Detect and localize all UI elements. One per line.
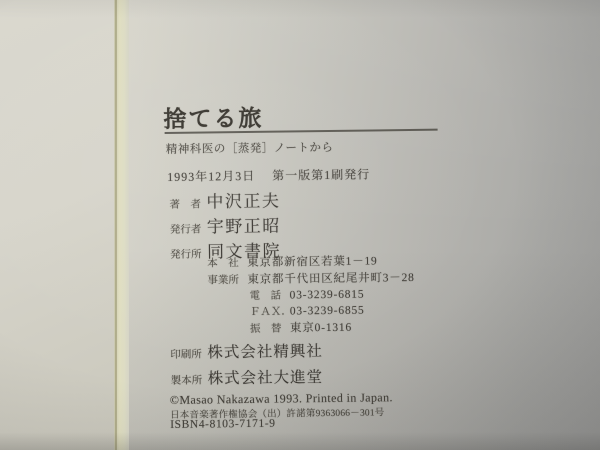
telephone-number: 03-3239-6815 [290,289,365,302]
book-title: 捨てる旅 [163,100,263,134]
row-telephone: 電 話03-3239-6815 [250,287,365,303]
fax-label: ＦＡＸ． [250,303,290,318]
colophon-page: 捨てる旅 精神科医の［蒸発］ノートから 1993年12月3日第一版第1刷発行 著… [129,0,600,450]
publisher-company-name: 同文書院 [207,242,281,262]
book-subtitle: 精神科医の［蒸発］ノートから [166,139,334,157]
jasrac-license: 日本音楽著作権協会（出）許諾第9363066－301号 [170,404,385,421]
colophon-block: 捨てる旅 精神科医の［蒸発］ノートから 1993年12月3日第一版第1刷発行 著… [162,0,597,450]
author-label: 著 者 [169,196,206,211]
author-name: 中沢正夫 [206,192,280,212]
publisher-person-label: 発行者 [170,221,207,236]
isbn-number: ISBN4-8103-7171-9 [170,418,276,431]
business-office-address: 東京都千代田区紀尾井町3－28 [247,272,414,286]
edition-label: 第一版第1刷発行 [272,167,370,182]
business-office-label: 事業所 [207,272,247,287]
binder-name: 株式会社大進堂 [208,369,324,387]
row-author: 著 者中沢正夫 [169,187,280,213]
publication-date: 1993年12月3日 [167,169,255,184]
printer-name: 株式会社精興社 [207,343,323,361]
row-binder: 製本所株式会社大進堂 [170,365,323,389]
printer-label: 印刷所 [170,346,207,361]
postal-transfer-number: 東京0-1316 [290,322,352,335]
row-head-office: 本 社東京都新宿区若葉1－19 [207,252,378,270]
publisher-company-label: 発行所 [170,246,207,261]
row-fax: ＦＡＸ．03-3239-6855 [250,303,365,319]
head-office-address: 東京都新宿区若葉1－19 [247,255,377,269]
book-photo: 捨てる旅 精神科医の［蒸発］ノートから 1993年12月3日第一版第1刷発行 著… [0,0,600,450]
publisher-person-name: 宇野正昭 [207,217,281,237]
head-office-label: 本 社 [207,255,247,270]
row-publisher-person: 発行者宇野正昭 [170,212,281,238]
title-underline [165,129,438,134]
row-postal-transfer: 振 替東京0-1316 [250,319,352,336]
gutter-crease [115,0,117,450]
binder-label: 製本所 [171,372,208,387]
postal-transfer-label: 振 替 [250,320,290,335]
fax-number: 03-3239-6855 [290,305,365,318]
row-business-office: 事業所東京都千代田区紀尾井町3－28 [207,269,414,288]
edition-line: 1993年12月3日第一版第1刷発行 [167,165,370,184]
telephone-label: 電 話 [250,287,290,302]
row-printer: 印刷所株式会社精興社 [170,339,323,363]
row-publisher-company: 発行所同文書院 [170,237,281,263]
copyright-notice: ©Masao Nakazawa 1993. Printed in Japan. [170,390,393,408]
left-blank-page [0,0,114,450]
